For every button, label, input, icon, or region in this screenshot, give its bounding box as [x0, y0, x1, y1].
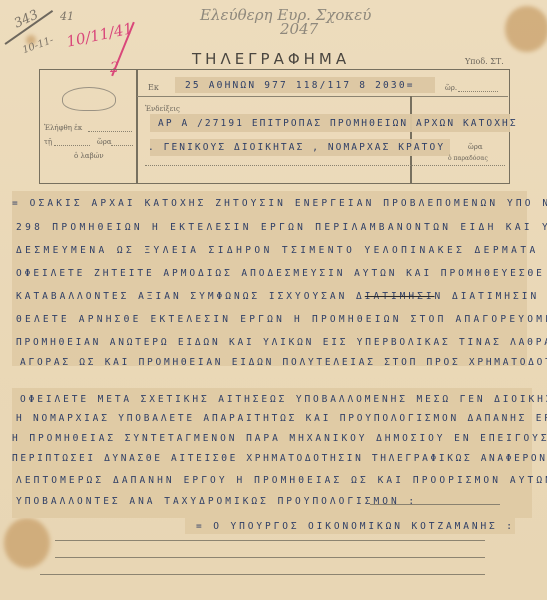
body-line-2: 298 ΠΡΟΜΗΘΕΙΩΝ Η ΕΚΤΕΛΕΣΙΝ ΕΡΓΩΝ ΠΕΡΙΛΑΜ… [16, 222, 547, 233]
blank-line-3 [40, 574, 485, 575]
body-line-3: ΔΕΣΜΕΥΜΕΝΑ ΩΣ ΞΥΛΕΙΑ ΣΙΔΗΡΟΝ ΤΣΙΜΕΝΤΟ ΥΕ… [16, 245, 547, 256]
received-field [88, 131, 132, 132]
body-line-9: ΟΦΕΙΛΕΤΕ ΜΕΤΑ ΣΧΕΤΙΚΗΣ ΑΙΤΗΣΕΩΣ ΥΠΟΒΑΛΛΟ… [20, 394, 547, 405]
telegram-document: 343 41 10-11- 10/11/41 2 Ελεύθερη Ευρ. Σ… [0, 0, 547, 600]
ti-label: τῇ [44, 138, 52, 146]
body-line-5-prefix: ΚΑΤΑΒΑΛΛΟΝΤΕΣ ΑΞΙΑΝ ΣΥΜΦΩΝΩΣ ΙΣΧΥΟΥΣΑΝ Δ [16, 291, 365, 302]
body-line-10: Η ΝΟΜΑΡΧΙΑΣ ΥΠΟΒΑΛΕΤΕ ΑΠΑΡΑΙΤΗΤΩΣ ΚΑΙ ΠΡ… [16, 413, 547, 424]
body-line-8: ΑΓΟΡΑΣ ΩΣ ΚΑΙ ΠΡΟΜΗΘΕΙΑΝ ΕΙΔΩΝ ΠΟΛΥΤΕΛΕΙ… [20, 357, 547, 368]
form-row-dotted [145, 165, 505, 166]
body-line-4: ΟΦΕΙΛΕΤΕ ΖΗΤΕΙΤΕ ΑΡΜΟΔΙΩΣ ΑΠΟΔΕΣΜΕΥΣΙΝ Α… [16, 268, 547, 279]
origin-line: 25 ΑΘΗΝΩΝ 977 118/117 8 2030= [185, 80, 415, 91]
telegram-title: ΤΗΛΕΓΡΑΦΗΜΑ [192, 50, 350, 68]
ora2-field [111, 145, 133, 146]
body-line-5: ΚΑΤΑΒΑΛΛΟΝΤΕΣ ΑΞΙΑΝ ΣΥΜΦΩΝΩΣ ΙΣΧΥΟΥΣΑΝ Δ… [16, 291, 547, 302]
body-line-14: ΥΠΟΒΑΛΛΟΝΤΕΣ ΑΝΑ ΤΑΧΥΔΡΟΜΙΚΩΣ ΠΡΟΥΠΟΛΟΓΙ… [16, 496, 417, 507]
body-line-5-suffix: Ν ΔΙΑΤΙΜΗΣΙΝ ΑΛΛΩΣ [435, 291, 547, 302]
body-end-line [370, 504, 500, 505]
body-line-11: Η ΠΡΟΜΗΘΕΙΑΣ ΣΥΝΤΕΤΑΓΜΕΝΟΝ ΠΑΡΑ ΜΗΧΑΝΙΚΟ… [12, 433, 547, 444]
form-divider [136, 69, 138, 183]
emblem-icon [62, 87, 116, 111]
stain-bottom-left [4, 518, 50, 568]
struck-text: ΙΑΤΙΜΗΣΙ [365, 291, 435, 302]
ora3-label: ὥρα [468, 143, 483, 151]
body-line-6: ΘΕΛΕΤΕ ΑΡΝΗΣΘΕ ΕΚΤΕΛΕΣΙΝ ΕΡΓΩΝ Η ΠΡΟΜΗΘΕ… [16, 314, 547, 325]
address-line-1: ΑΡ Α /27191 ΕΠΙΤΡΟΠΑΣ ΠΡΟΜΗΘΕΙΩΝ ΑΡΧΩΝ Κ… [158, 118, 518, 129]
annotation-small: 41 [60, 10, 74, 23]
handwritten-number: 2047 [280, 20, 318, 38]
delivered-label: ὁ παραδόσας [448, 155, 488, 162]
body-line-1: = ΟΣΑΚΙΣ ΑΡΧΑΙ ΚΑΤΟΧΗΣ ΖΗΤΟΥΣΙΝ ΕΝΕΡΓΕΙΑ… [12, 198, 547, 209]
body-line-13: ΛΕΠΤΟΜΕΡΩΣ ΔΑΠΑΝΗΝ ΕΡΓΟΥ Η ΠΡΟΜΗΘΕΙΑΣ ΩΣ… [16, 475, 547, 486]
ora-field [458, 91, 498, 92]
body-line-12: ΠΕΡΙΠΤΩΣΕΙ ΔΥΝΑΣΘΕ ΑΙΤΕΙΣΘΕ ΧΡΗΜΑΤΟΔΟΤΗΣ… [12, 453, 547, 464]
ora2-label: ὥρα [97, 138, 112, 146]
form-row-line [137, 96, 508, 97]
signature-line: = Ο ΥΠΟΥΡΓΟΣ ΟΙΚΟΝΟΜΙΚΩΝ ΚΟΤΖΑΜΑΝΗΣ : [196, 521, 515, 532]
address-line-2: . ΓΕΝΙΚΟΥΣ ΔΙΟΙΚΗΤΑΣ , ΝΟΜΑΡΧΑΣ ΚΡΑΤΟΥ [148, 142, 445, 153]
form-code: Υποδ. ΣΤ. [465, 57, 504, 66]
endeixeis-label: Ἐνδείξεις [145, 105, 180, 113]
body-line-7: ΠΡΟΜΗΘΕΙΑΝ ΑΝΩΤΕΡΩ ΕΙΔΩΝ ΚΑΙ ΥΛΙΚΩΝ ΕΙΣ … [16, 337, 547, 348]
ora-label: ὥρ. [445, 84, 457, 92]
ti-field [54, 145, 90, 146]
blank-line-1 [55, 540, 485, 541]
blank-line-2 [55, 557, 485, 558]
receiver-label: ὁ λαβών [74, 152, 104, 160]
ek-label: Εκ [148, 83, 159, 92]
stain-top-right [505, 6, 547, 52]
received-label: Ἐλήφθη ἐκ [44, 124, 82, 132]
